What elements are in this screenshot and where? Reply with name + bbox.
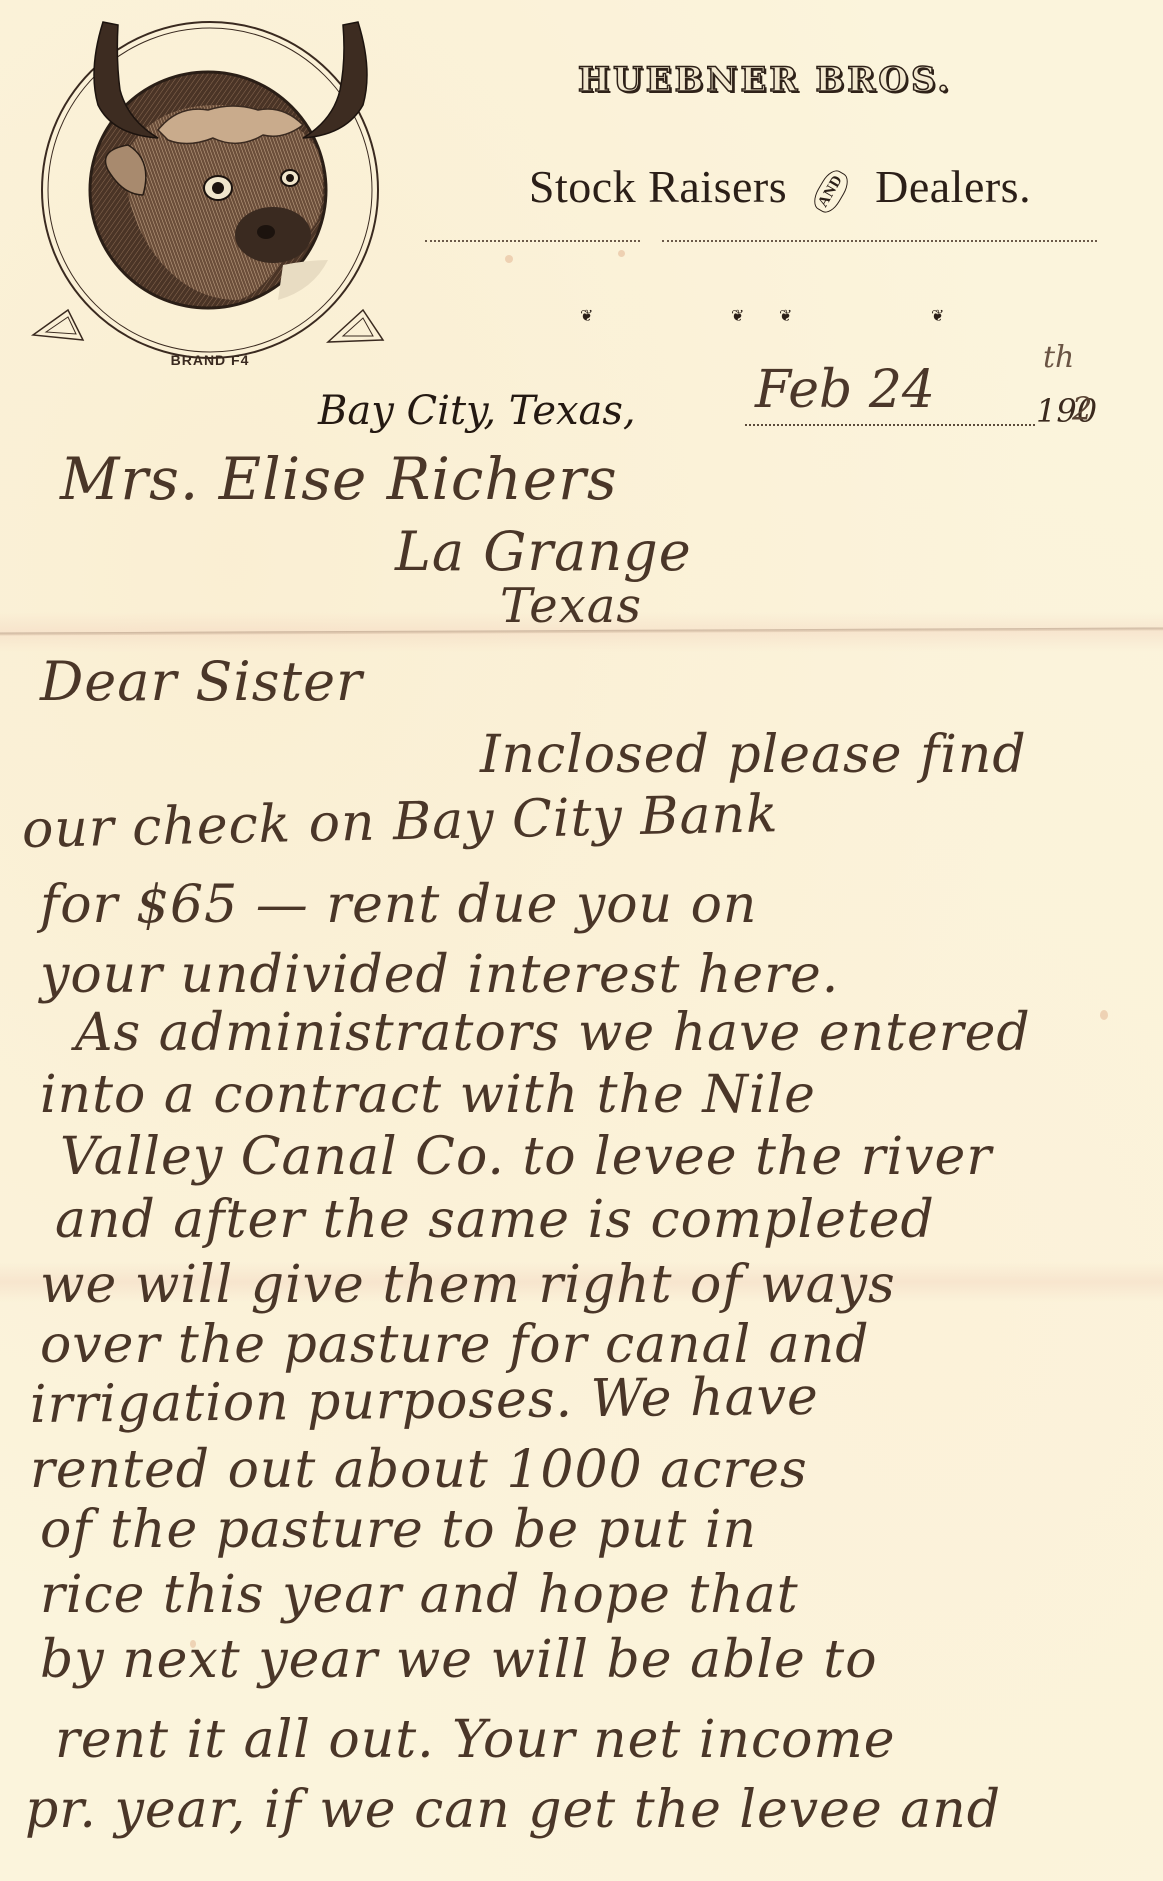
body-line: rented out about 1000 acres <box>30 1440 808 1500</box>
brand-label: BRAND F4 <box>160 352 260 368</box>
foxing-spot <box>618 250 625 257</box>
recipient-state: Texas <box>500 578 642 634</box>
foxing-spot <box>1100 1010 1108 1020</box>
body-line: your undivided interest here. <box>40 945 839 1005</box>
body-line: As administrators we have entered <box>75 1003 1031 1063</box>
date-ordinal: th <box>1043 340 1074 375</box>
fleuron-ornament: ❦ <box>931 306 944 325</box>
body-line: over the pasture for canal and <box>40 1315 870 1375</box>
body-line: Inclosed please find <box>480 725 1027 785</box>
fleuron-ornament: ❦ <box>731 306 744 325</box>
banner-underline-left <box>425 230 640 242</box>
body-line: of the pasture to be put in <box>40 1500 757 1560</box>
fleuron-ornament: ❦ <box>779 306 792 325</box>
tagline-and: AND <box>809 166 853 217</box>
banner-underline-right <box>662 230 1097 242</box>
recipient-name: Mrs. Elise Richers <box>60 445 618 513</box>
date-handwritten: Feb 24 <box>755 360 935 420</box>
company-name: HUEBNER BROS. <box>480 60 1050 100</box>
salutation: Dear Sister <box>40 650 363 713</box>
body-line: we will give them right of ways <box>40 1255 896 1315</box>
foxing-spot <box>505 255 513 263</box>
body-line: for $65 — rent due you on <box>40 875 757 935</box>
body-line: into a contract with the Nile <box>40 1065 816 1125</box>
fleuron-ornament: ❦ <box>580 306 593 325</box>
body-line: and after the same is completed <box>55 1190 935 1250</box>
tagline-right: Dealers. <box>875 161 1031 212</box>
dateline-place: Bay City, Texas, <box>318 388 636 434</box>
body-line: by next year we will be able to <box>40 1630 878 1690</box>
body-line: rice this year and hope that <box>40 1565 799 1625</box>
bull-emblem <box>28 10 408 380</box>
tagline-left: Stock Raisers <box>529 161 787 212</box>
body-line: Valley Canal Co. to levee the river <box>60 1127 992 1187</box>
body-line: pr. year, if we can get the levee and <box>25 1780 1001 1840</box>
body-line: rent it all out. Your net income <box>55 1710 895 1770</box>
company-tagline: Stock Raisers AND Dealers. <box>460 160 1100 213</box>
bull-head-icon <box>28 10 408 380</box>
date-year-suffix: 2 <box>1072 390 1092 428</box>
recipient-city: La Grange <box>395 520 692 583</box>
body-line: irrigation purposes. We have <box>30 1367 819 1435</box>
